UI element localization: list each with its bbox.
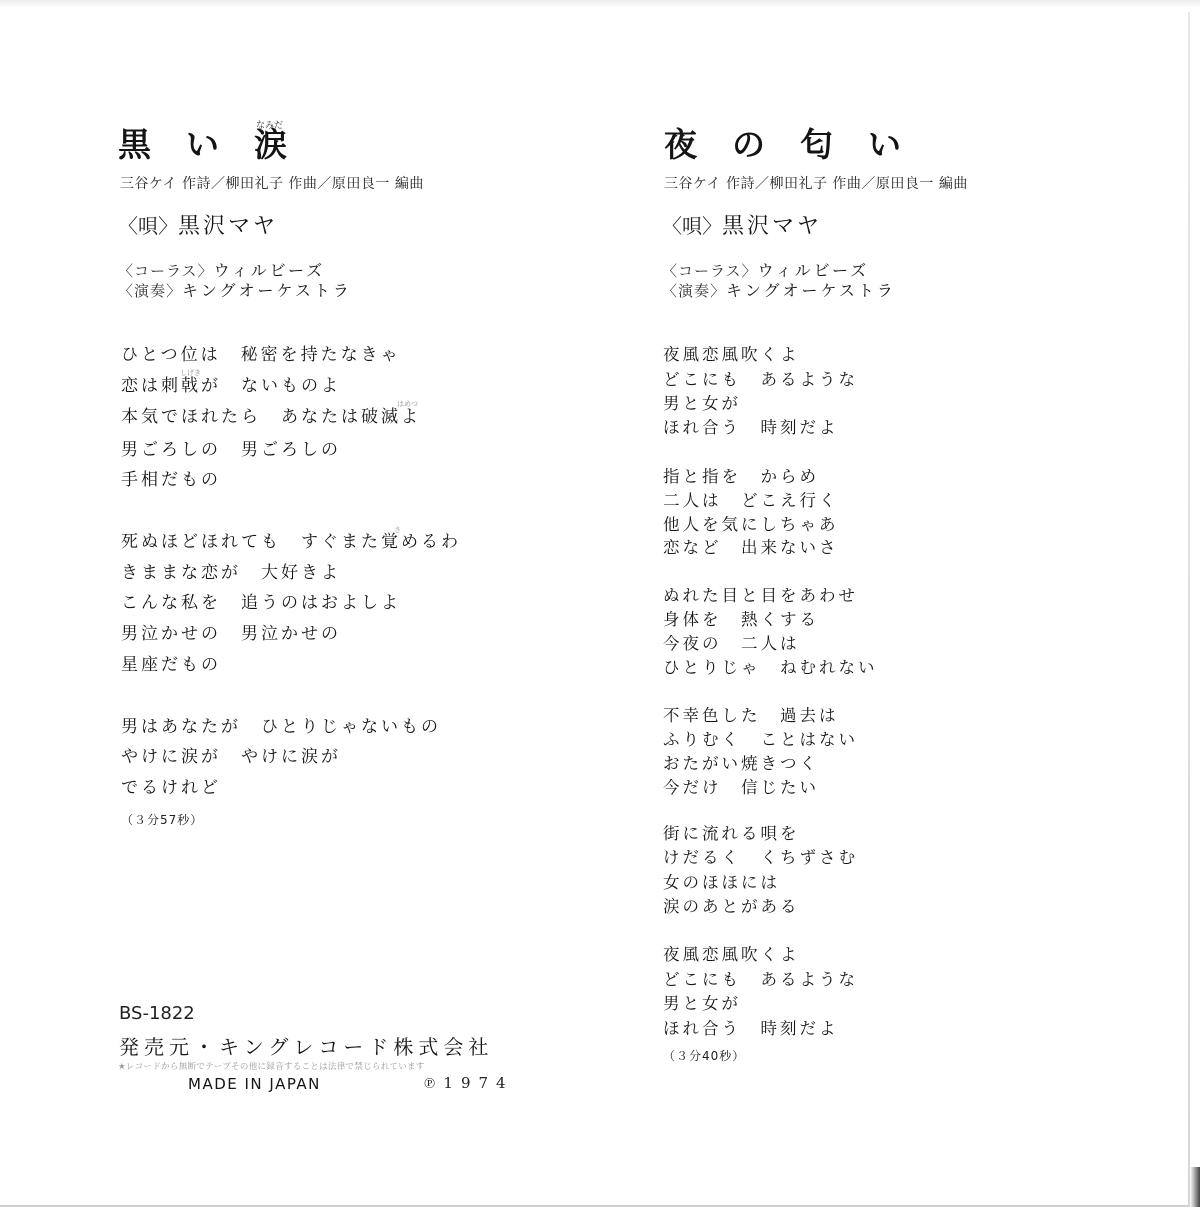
title-char: 匂 [800,128,868,161]
lyric-line: きままな恋が 大好きよ [121,565,341,582]
singer-line: 〈唄〉黒沢マヤ [662,209,822,240]
lyric-line: 夜風恋風吹くよ [663,947,800,964]
furigana: さ [394,525,401,535]
singer-tag: 〈唄〉 [662,214,722,238]
song-duration: （３分40秒） [663,1047,745,1064]
page-corner-shadow [1190,1167,1200,1207]
lyric-line: ぬれた目と目をあわせ [663,588,858,605]
page-edge-top [0,0,1200,8]
lyric-line: 男と女が [663,996,741,1013]
phonogram-symbol-icon: ℗ [424,1074,443,1092]
lyric-line: 手相だもの [121,472,221,489]
furigana: はめつ [397,399,418,409]
page-edge-right [1188,12,1190,1207]
lyric-line: 今夜の 二人は [663,636,800,653]
lyric-line: ひとりじゃ ねむれない [663,660,878,677]
performance-tag: 〈演奏〉 [662,282,726,300]
lyric-line: でるけれど [121,780,221,797]
lyric-line: 街に流れる唄を [663,826,800,843]
lyric-line: どこにも あるような [663,972,858,989]
lyric-line: 星座だもの [121,657,221,674]
performance-name: キングオーケストラ [726,281,896,300]
lyric-line: 男はあなたが ひとりじゃないもの [121,719,441,736]
lyric-line: 夜風恋風吹くよ [663,347,800,364]
title-ruby: なみだ [256,118,283,131]
lyric-line: 男ごろしの 男ごろしの [121,442,341,459]
lyric-line: 恋は刺戟が ないものよ [121,378,341,395]
catalog-number: BS-1822 [119,1003,195,1024]
singer-name: 黒沢マヤ [178,214,278,239]
lyric-line: ほれ合う 時刻だよ [663,420,839,437]
lyric-line: ふりむく ことはない [663,732,858,749]
performance-tag: 〈演奏〉 [118,282,182,300]
singer-name: 黒沢マヤ [722,214,822,239]
lyric-line: 不幸色した 過去は [663,708,839,725]
lyric-line: 恋など 出来ないさ [663,540,839,557]
lyric-line: 今だけ 信じたい [663,780,819,797]
title-char: 涙 [254,128,287,161]
song-duration: （３分57秒） [121,811,203,828]
song-title: 黒い涙 [118,128,287,161]
title-char: い [868,128,901,161]
lyric-line: 女のほほには [663,875,780,892]
title-char: の [732,128,800,161]
lyric-line: 他人を気にしちゃあ [663,517,839,534]
release-year: 1974 [443,1074,513,1092]
lyric-line: ほれ合う 時刻だよ [663,1021,839,1038]
phonogram-year: ℗1974 [424,1074,514,1093]
title-char: 黒 [118,128,186,161]
made-in-japan: MADE IN JAPAN [188,1075,321,1093]
lyric-line: 本気でほれたら あなたは破滅よ [121,409,421,426]
title-char: い [186,128,254,161]
furigana: しげき [180,368,201,378]
lyric-line: ひとつ位は 秘密を持たなきゃ [121,347,401,364]
lyric-line: 二人は どこえ行く [663,493,839,510]
performance-name: キングオーケストラ [182,281,352,300]
lyric-line: 身体を 熱くする [663,612,819,629]
lyric-line: 男泣かせの 男泣かせの [121,626,341,643]
song-credits: 三谷ケイ 作詩／柳田礼子 作曲／原田良一 編曲 [664,173,968,193]
label-publisher: 発売元・キングレコード株式会社 [119,1031,493,1060]
lyric-line: 涙のあとがある [663,899,800,916]
lyric-line: けだるく くちずさむ [663,850,858,867]
performance-line: 〈演奏〉キングオーケストラ [662,278,896,301]
singer-line: 〈唄〉黒沢マヤ [118,209,278,240]
performance-line: 〈演奏〉キングオーケストラ [118,278,352,301]
copyright-disclaimer: ★レコードから無断でテープその他に録音することは法律で禁じられています [118,1060,425,1072]
song-credits: 三谷ケイ 作詩／柳田礼子 作曲／原田良一 編曲 [120,173,424,193]
lyric-line: おたがい焼きつく [663,756,819,773]
singer-tag: 〈唄〉 [118,214,178,238]
lyric-line: やけに涙が やけに涙が [121,749,341,766]
lyric-line: どこにも あるような [663,372,858,389]
song-title: 夜の匂い [664,128,901,161]
lyric-line: 死ぬほどほれても すぐまた覚めるわ [121,534,461,551]
title-char: 夜 [664,128,732,161]
lyric-line: こんな私を 追うのはおよしよ [121,595,401,612]
lyric-line: 指と指を からめ [663,469,819,486]
lyric-line: 男と女が [663,396,741,413]
